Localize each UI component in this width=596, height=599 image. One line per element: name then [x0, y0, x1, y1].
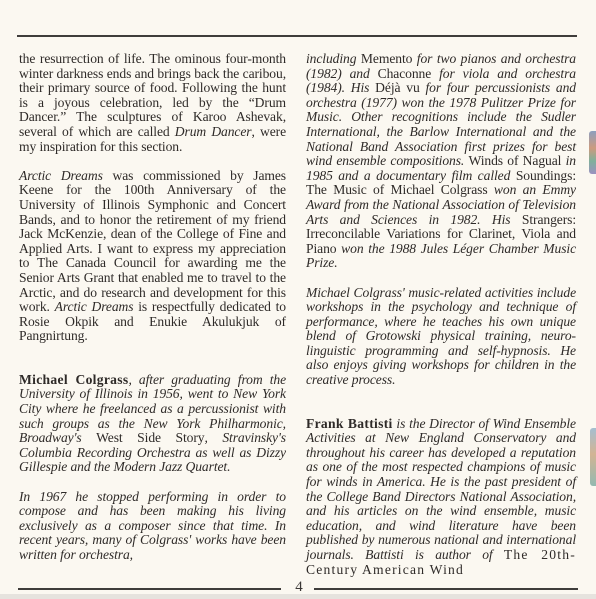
paragraph-composing: In 1967 he stopped performing in order t…: [19, 490, 286, 563]
paragraph-activities: Michael Colgrass' music-related activiti…: [306, 286, 576, 388]
bio-name: Frank Battisti: [306, 416, 393, 431]
work-title: Chaconne: [378, 66, 432, 81]
booklet-edge-color-tab: [589, 131, 596, 174]
booklet-edge-color-tab: [590, 428, 596, 486]
page-number: 4: [289, 578, 309, 596]
bio-name: Michael Colgrass: [19, 372, 128, 387]
work-title: Memento: [361, 51, 412, 66]
top-rule: [17, 35, 577, 37]
text: won the 1988 Jules Léger Chamber Music P…: [306, 241, 576, 271]
text: was commissioned by James Keene for the …: [19, 168, 286, 314]
work-title: Déjà vu: [375, 80, 419, 95]
italic-title: Arctic Dreams: [19, 168, 103, 183]
text: is the Director of Wind Ensemble Activit…: [306, 416, 576, 562]
italic-title: Arctic Dreams: [55, 299, 134, 314]
show-title: West Side Story: [96, 430, 204, 445]
paragraph-drum-dancer: the resurrection of life. The ominous fo…: [19, 52, 286, 154]
work-title: Winds of Nagual: [469, 153, 562, 168]
bottom-rule-right: [314, 588, 578, 590]
left-column: the resurrection of life. The ominous fo…: [19, 52, 286, 563]
right-column: including Memento for two pianos and orc…: [306, 52, 576, 577]
paragraph-arctic-dreams: Arctic Dreams was commissioned by James …: [19, 169, 286, 344]
bottom-rule-left: [18, 588, 281, 590]
paragraph-battisti-bio: Frank Battisti is the Director of Wind E…: [306, 417, 576, 578]
text: including: [306, 51, 361, 66]
paragraph-works: including Memento for two pianos and orc…: [306, 52, 576, 271]
italic-title: Drum Dancer: [175, 124, 252, 139]
paragraph-colgrass-bio: Michael Colgrass, after graduating from …: [19, 373, 286, 475]
